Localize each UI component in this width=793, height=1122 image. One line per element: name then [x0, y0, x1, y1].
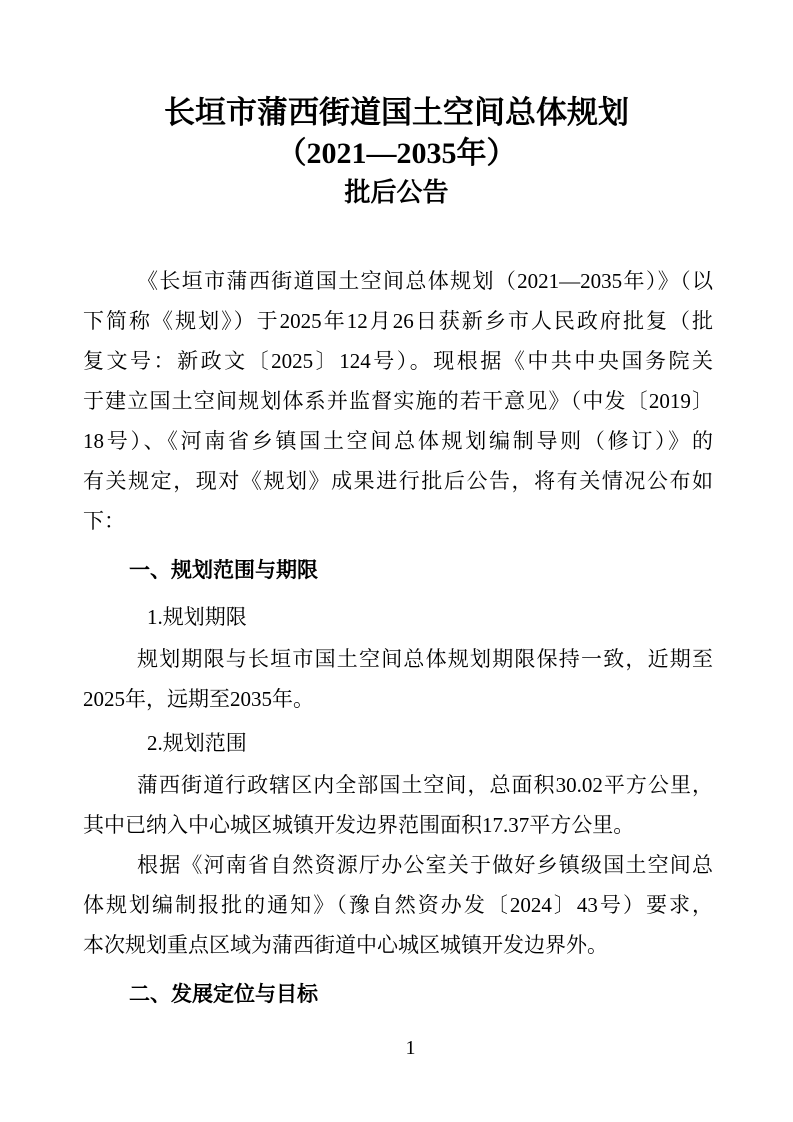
text-line: 2025年，远期至2035年。	[83, 679, 713, 719]
text-line: 其中已纳入中心城区城镇开发边界范围面积17.37平方公里。	[83, 805, 713, 845]
text-line: 有关规定，现对《规划》成果进行批后公告，将有关情况公布如	[83, 461, 713, 501]
text-line: 根据《河南省自然资源厅办公室关于做好乡镇级国土空间总	[83, 845, 713, 885]
section-heading: 二、发展定位与目标	[83, 975, 713, 1015]
document-title: 长垣市蒲西街道国土空间总体规划 （2021—2035年） 批后公告	[0, 0, 793, 212]
page-footer: 1	[0, 1037, 793, 1060]
text-line: 下简称《规划》）于2025年12月26日获新乡市人民政府批复（批	[83, 301, 713, 341]
document-body: 《长垣市蒲西街道国土空间总体规划（2021—2035年）》（以下简称《规划》）于…	[83, 261, 713, 1015]
section-heading: 一、规划范围与期限	[83, 551, 713, 591]
text-line: 复文号：新政文〔2025〕124号）。现根据《中共中央国务院关	[83, 341, 713, 381]
title-line-2: （2021—2035年）	[0, 134, 793, 174]
text-line: 体规划编制报批的通知》（豫自然资办发〔2024〕43号）要求，	[83, 885, 713, 925]
title-line-1: 长垣市蒲西街道国土空间总体规划	[0, 92, 793, 134]
document-page: 长垣市蒲西街道国土空间总体规划 （2021—2035年） 批后公告 《长垣市蒲西…	[0, 0, 793, 1122]
sub-heading: 1.规划期限	[83, 597, 713, 637]
text-line: 于建立国土空间规划体系并监督实施的若干意见》（中发〔2019〕	[83, 381, 713, 421]
sub-heading: 2.规划范围	[83, 723, 713, 763]
text-line: 本次规划重点区域为蒲西街道中心城区城镇开发边界外。	[83, 925, 713, 965]
text-line: 蒲西街道行政辖区内全部国土空间，总面积30.02平方公里，	[83, 765, 713, 805]
title-line-3: 批后公告	[0, 174, 793, 212]
text-line: 18号）、《河南省乡镇国土空间总体规划编制导则（修订）》的	[83, 421, 713, 461]
text-line: 规划期限与长垣市国土空间总体规划期限保持一致，近期至	[83, 639, 713, 679]
page-number: 1	[378, 1037, 416, 1059]
text-line: 下：	[83, 501, 713, 541]
text-line: 《长垣市蒲西街道国土空间总体规划（2021—2035年）》（以	[83, 261, 713, 301]
